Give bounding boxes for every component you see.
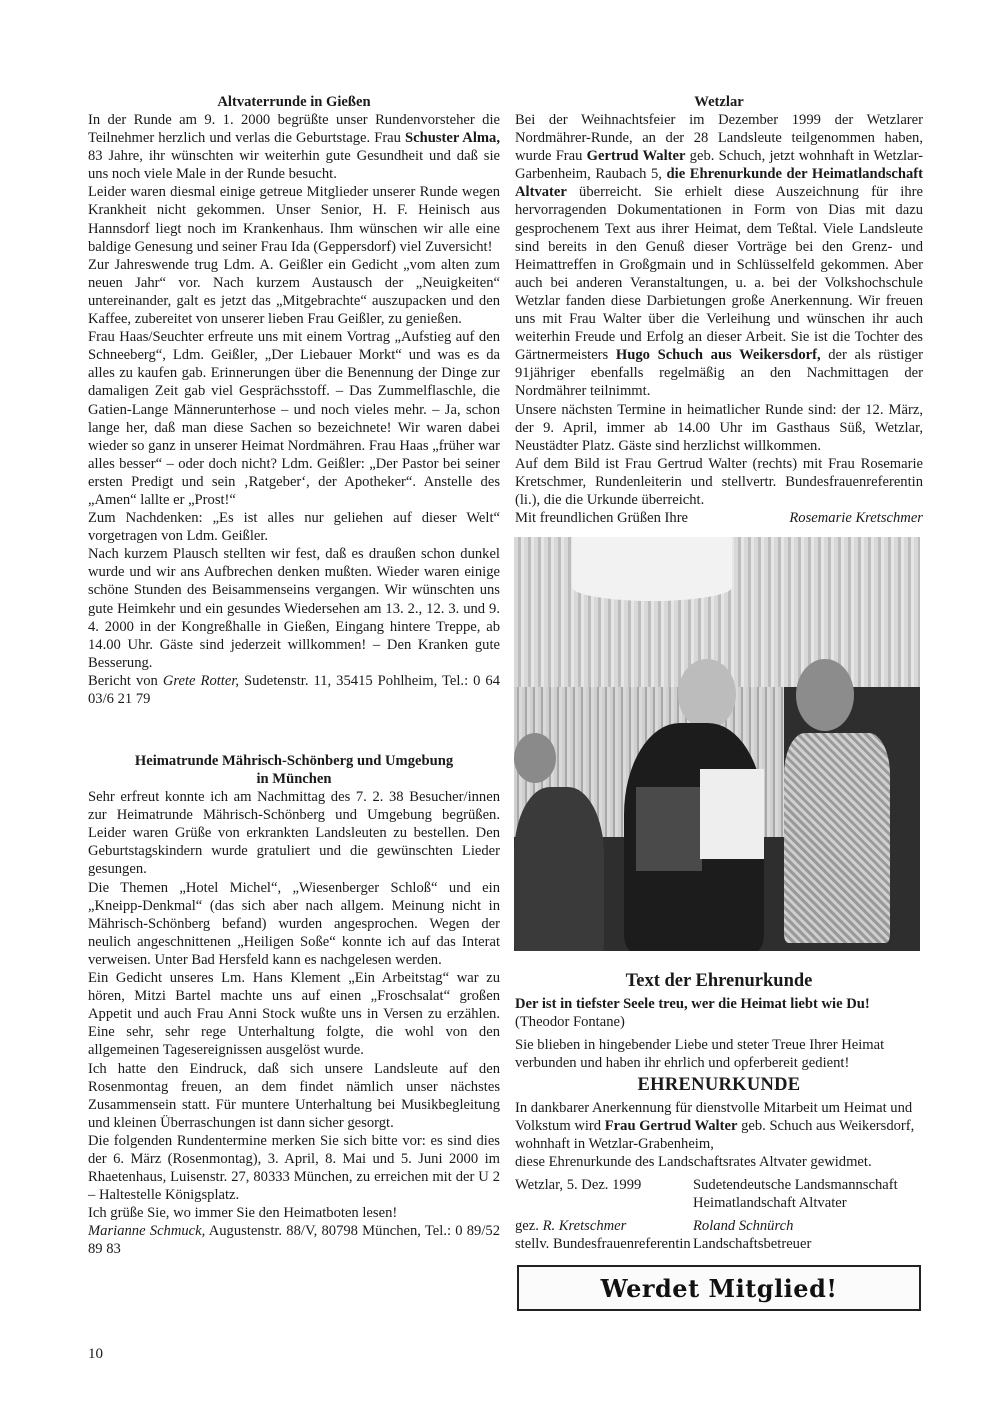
man-head <box>514 733 556 783</box>
signoff-greeting: Mit freundlichen Grüßen Ihre <box>515 509 688 527</box>
text: 83 Jahre, ihr wünschten wir weiterhin gu… <box>88 148 500 182</box>
bold-name: Hugo Schuch aus Weikersdorf, <box>616 347 821 363</box>
paragraph: Sehr erfreut konnte ich am Nachmittag de… <box>88 788 500 878</box>
paragraph: Bei der Weihnachtsfeier im Dezember 1999… <box>515 111 923 401</box>
paragraph: Zur Jahreswende trug Ldm. A. Geißler ein… <box>88 256 500 328</box>
signoff: Mit freundlichen Grüßen Ihre Rosemarie K… <box>515 509 923 527</box>
signer-role: Landschaftsbetreuer <box>693 1235 811 1253</box>
bold-name: Gertrud Walter <box>587 148 686 164</box>
article-title: Wetzlar <box>515 93 923 111</box>
article-heimatrunde-muenchen: Heimatrunde Mährisch-Schönberg und Umgeb… <box>88 752 500 1258</box>
paragraph: Unsere nächsten Termine in heimatlicher … <box>515 401 923 455</box>
certificate <box>700 769 764 859</box>
signer-name: Roland Schnürch <box>693 1217 793 1235</box>
article-altvaterrunde-giessen: Altvaterrunde in Gießen In der Runde am … <box>88 93 500 708</box>
paragraph: Ich grüße Sie, wo immer Sie den Heimatbo… <box>88 1204 500 1222</box>
signer-name: R. Kretschmer <box>543 1218 627 1234</box>
right-column: Wetzlar Bei der Weihnachtsfeier im Dezem… <box>515 93 923 527</box>
certificate-folder <box>636 787 702 871</box>
article-title: Heimatrunde Mährisch-Schönberg und Umgeb… <box>88 752 500 788</box>
certificate-title: EHRENURKUNDE <box>515 1074 923 1096</box>
lamp-shade <box>572 537 732 601</box>
paragraph: Ich hatte den Eindruck, daß sich unsere … <box>88 1060 500 1132</box>
text: Bericht von <box>88 673 163 689</box>
article-wetzlar: Wetzlar Bei der Weihnachtsfeier im Dezem… <box>515 93 923 527</box>
org-line: Heimatlandschaft Altvater <box>693 1194 898 1212</box>
woman-right-head <box>796 659 854 731</box>
author-name: Marianne Schmuck, <box>88 1223 205 1239</box>
author-name: Grete Rotter, <box>163 673 239 689</box>
paragraph: Auf dem Bild ist Frau Gertrud Walter (re… <box>515 455 923 509</box>
bold-name: Schuster Alma, <box>405 130 500 146</box>
place-org-row: Wetzlar, 5. Dez. 1999 Sudetendeutsche La… <box>515 1176 923 1212</box>
spacer <box>88 708 500 752</box>
org-line: Sudetendeutsche Landsmannschaft <box>693 1176 898 1194</box>
signature-names-row: gez. R. Kretschmer Roland Schnürch <box>515 1217 923 1235</box>
paragraph: In dankbarer Anerkennung für dienstvolle… <box>515 1099 923 1153</box>
paragraph: Zum Nachdenken: „Es ist alles nur gelieh… <box>88 509 500 545</box>
paragraph: Leider waren diesmal einige getreue Mitg… <box>88 183 500 255</box>
membership-banner: Werdet Mitglied! <box>517 1265 921 1311</box>
paragraph: Frau Haas/Seuchter erfreute uns mit eine… <box>88 328 500 509</box>
title-line: Heimatrunde Mährisch-Schönberg und Umgeb… <box>88 752 500 770</box>
bold-name: Frau Gertrud Walter <box>605 1118 738 1134</box>
signature-roles-row: stellv. Bundesfrauenreferentin Landschaf… <box>515 1235 923 1253</box>
paragraph: diese Ehrenurkunde des Landschaftsrates … <box>515 1153 923 1171</box>
paragraph: Nach kurzem Plausch stellten wir fest, d… <box>88 545 500 672</box>
quote: Der ist in tiefster Seele treu, wer die … <box>515 995 923 1013</box>
quote-author: (Theodor Fontane) <box>515 1013 923 1031</box>
byline: Marianne Schmuck, Augustenstr. 88/V, 807… <box>88 1222 500 1258</box>
text: gez. <box>515 1218 543 1234</box>
paragraph: In der Runde am 9. 1. 2000 begrüßte unse… <box>88 111 500 183</box>
page-number: 10 <box>88 1346 103 1363</box>
photo-award-presentation <box>514 537 920 951</box>
seated-man <box>514 787 604 951</box>
place-date: Wetzlar, 5. Dez. 1999 <box>515 1176 693 1212</box>
left-column: Altvaterrunde in Gießen In der Runde am … <box>88 93 500 1259</box>
section-heading: Text der Ehrenurkunde <box>515 970 923 992</box>
paragraph: Ein Gedicht unseres Lm. Hans Klement „Ei… <box>88 969 500 1059</box>
text: überreicht. Sie erhielt diese Auszeichnu… <box>515 184 923 363</box>
signoff-author: Rosemarie Kretschmer <box>789 509 923 527</box>
ehrenurkunde-section: Text der Ehrenurkunde Der ist in tiefste… <box>515 970 923 1253</box>
organization: Sudetendeutsche Landsmannschaft Heimatla… <box>693 1176 898 1212</box>
signer-role: stellv. Bundesfrauenreferentin <box>515 1235 693 1253</box>
paragraph: Die folgenden Rundentermine merken Sie s… <box>88 1132 500 1204</box>
article-title: Altvaterrunde in Gießen <box>88 93 500 111</box>
paragraph: Sie blieben in hingebender Liebe und ste… <box>515 1036 923 1072</box>
title-line: in München <box>88 770 500 788</box>
signature-1: gez. R. Kretschmer <box>515 1217 693 1235</box>
woman-right-plaid-jacket <box>784 733 890 943</box>
byline: Bericht von Grete Rotter, Sudetenstr. 11… <box>88 672 500 708</box>
paragraph: Die Themen „Hotel Michel“, „Wiesenberger… <box>88 879 500 969</box>
banner-text: Werdet Mitglied! <box>601 1274 838 1303</box>
woman-left-head <box>678 659 736 729</box>
